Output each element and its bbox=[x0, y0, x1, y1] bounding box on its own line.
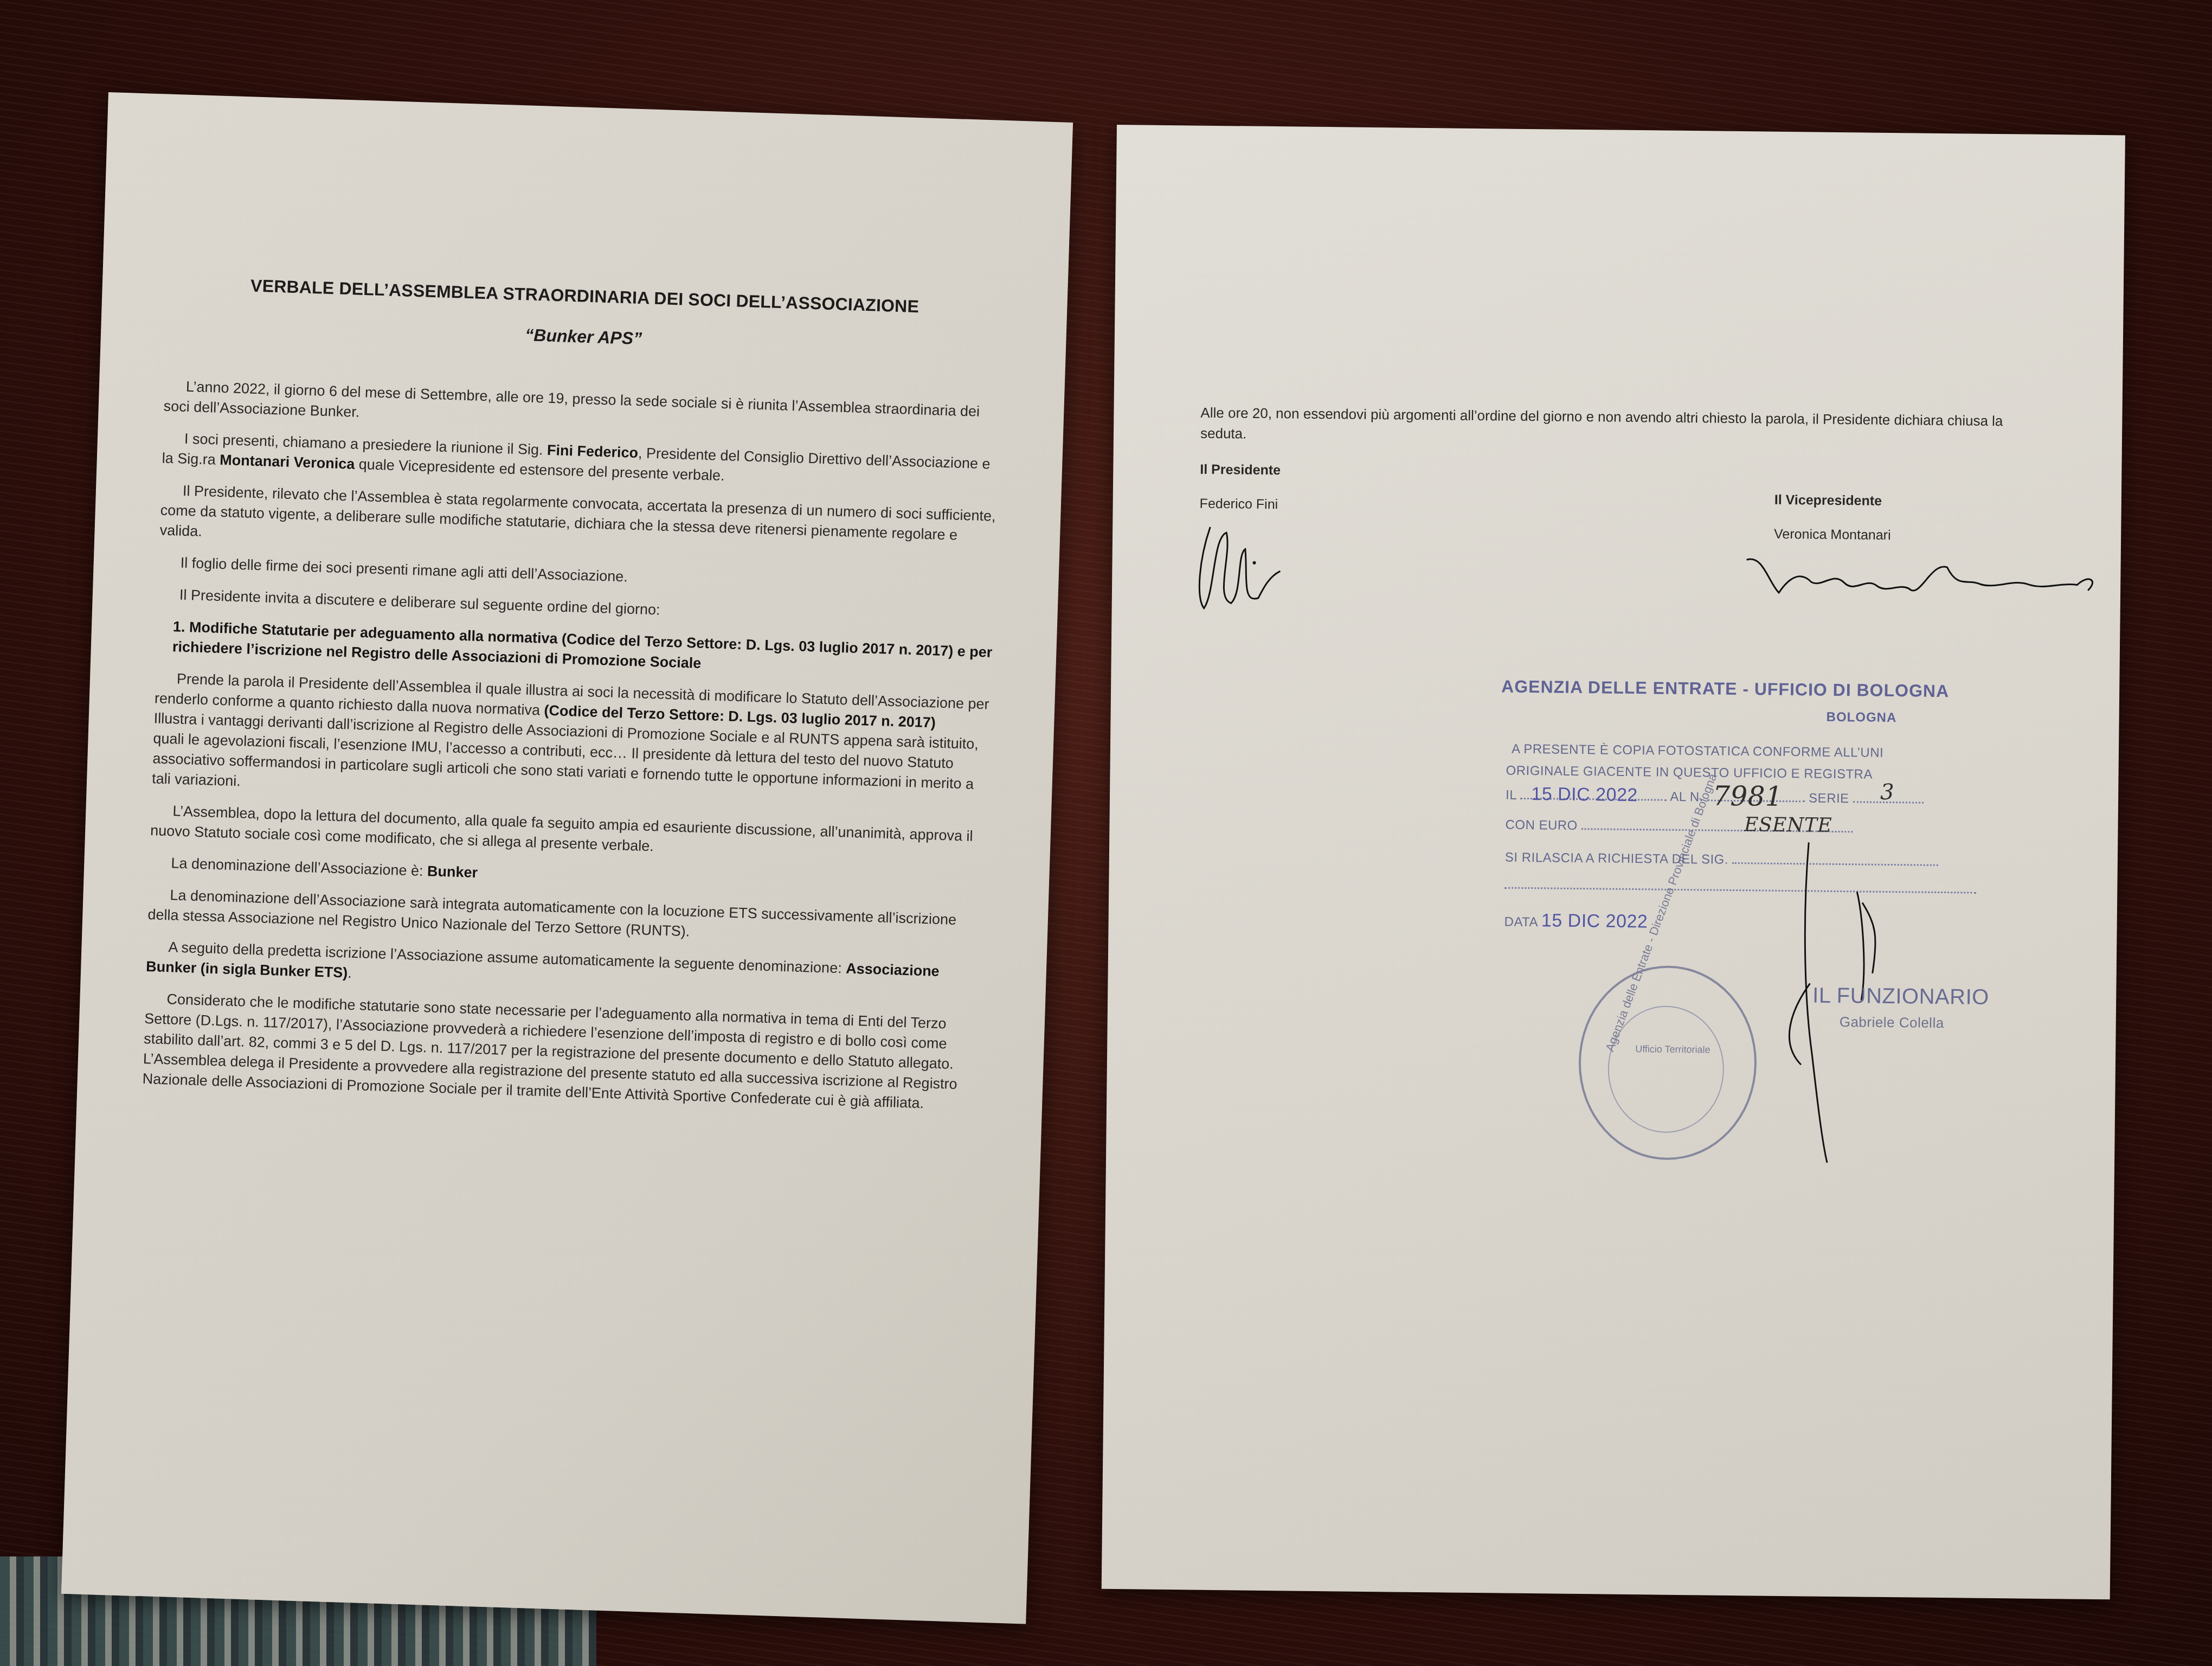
stamp-city: BOLOGNA bbox=[1826, 710, 1896, 726]
registration-number: 7981 bbox=[1713, 780, 1783, 812]
registration-date: 15 DIC 2022 bbox=[1531, 784, 1638, 806]
vice-printed-name: Veronica Montanari bbox=[1774, 527, 1891, 543]
stamp-line-1: A PRESENTE È COPIA FOTOSTATICA CONFORME … bbox=[1512, 742, 1884, 761]
stamp-date-row: DATA 15 DIC 2022 bbox=[1504, 910, 1648, 933]
closing-paragraph: Alle ore 20, non essendovi più argomenti… bbox=[1200, 402, 2041, 452]
association-name-title: “Bunker APS” bbox=[101, 312, 1066, 362]
document-title: VERBALE DELL’ASSEMBLEA STRAORDINARIA DEI… bbox=[102, 271, 1067, 322]
president-name: Fini Federico bbox=[547, 442, 639, 461]
vice-role: Il Vicepresidente bbox=[1774, 492, 1892, 509]
euro-amount: ESENTE bbox=[1744, 813, 1832, 837]
stamp-line-2: ORIGINALE GIACENTE IN QUESTO UFFICIO E R… bbox=[1506, 764, 1873, 783]
minutes-body: L’anno 2022, il giorno 6 del mese di Set… bbox=[142, 376, 1005, 1127]
vice-signature-block: Il Vicepresidente Veronica Montanari bbox=[1774, 492, 1891, 543]
seal-inner-text: Ufficio Territoriale bbox=[1635, 1043, 1711, 1055]
stamp-header: AGENZIA DELLE ENTRATE - UFFICIO DI BOLOG… bbox=[1501, 676, 1949, 701]
stamp-blank-row bbox=[1504, 877, 1976, 898]
minutes-page-2: Alle ore 20, non essendovi più argomenti… bbox=[1102, 125, 2125, 1599]
stamp-euro-row: CON EURO ESENTE bbox=[1505, 818, 1853, 837]
president-signature-icon bbox=[1193, 495, 1356, 621]
official-title: IL FUNZIONARIO bbox=[1812, 984, 1989, 1010]
registration-series: 3 bbox=[1880, 780, 1894, 805]
minutes-page-1: VERBALE DELL’ASSEMBLEA STRAORDINARIA DEI… bbox=[61, 92, 1073, 1624]
stamp-date: 15 DIC 2022 bbox=[1541, 910, 1648, 932]
official-name: Gabriele Colella bbox=[1840, 1014, 1944, 1031]
official-seal-icon: Agenzia delle Entrate - Direzione Provin… bbox=[1578, 965, 1758, 1161]
president-role: Il Presidente bbox=[1200, 462, 1281, 479]
final-paragraph: Considerato che le modifiche statutarie … bbox=[142, 989, 985, 1116]
vice-signature-icon bbox=[1741, 549, 2121, 612]
vice-name: Montanari Veronica bbox=[220, 452, 355, 472]
quorum-paragraph: Il Presidente, rilevato che l’Assemblea … bbox=[159, 480, 1001, 567]
